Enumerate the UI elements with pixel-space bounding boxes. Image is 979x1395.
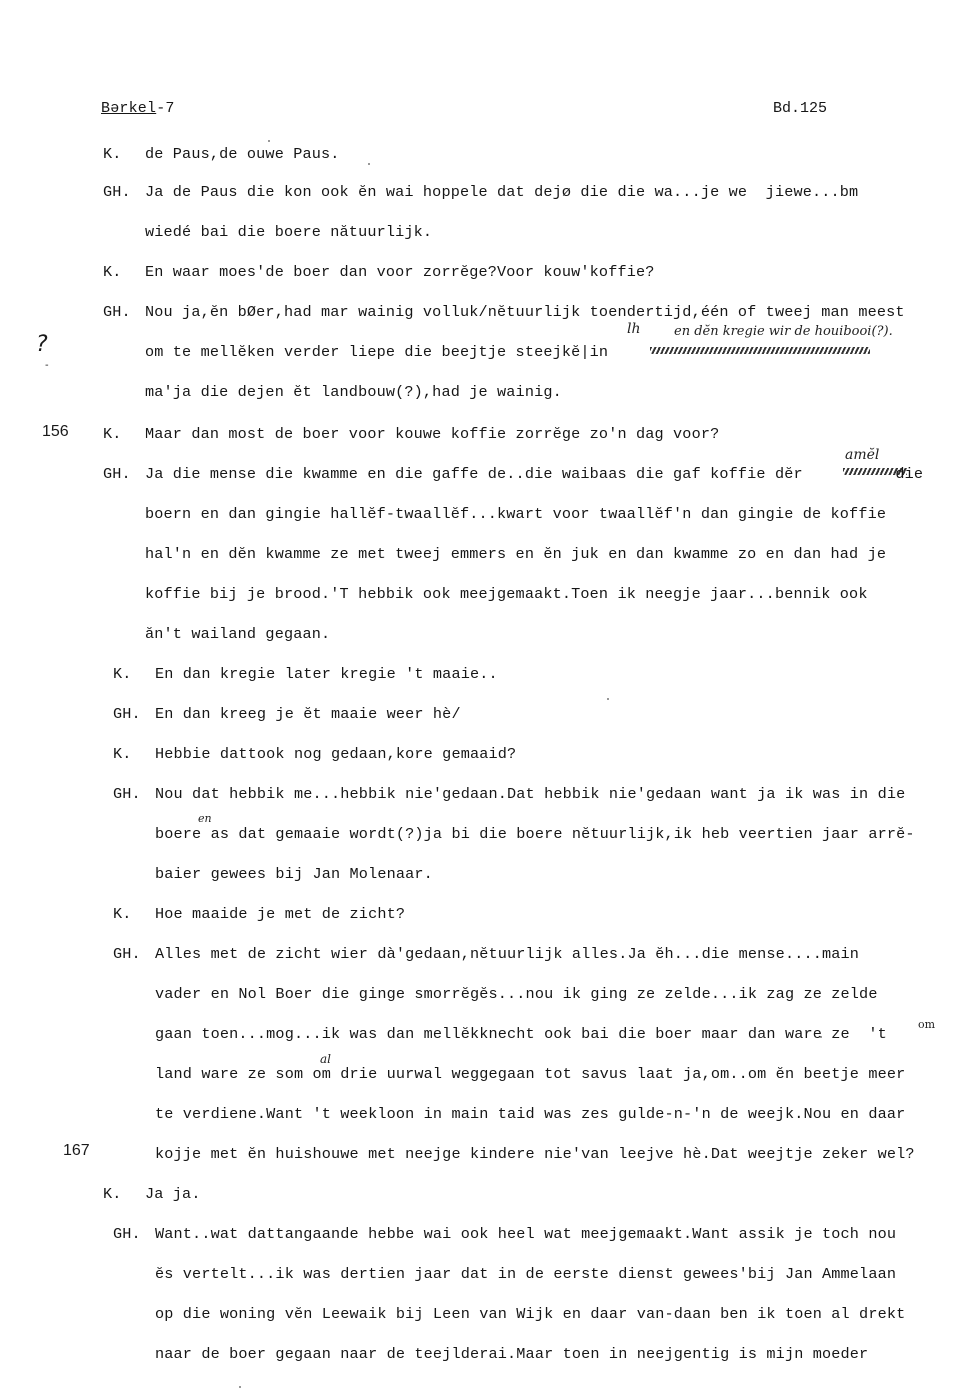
line-text: ma'ja die dejen ĕt landbouw(?),had je wa… (145, 383, 562, 401)
line-text: ĕs vertelt...ik was dertien jaar dat in … (155, 1265, 896, 1283)
transcript-line: gaan toen...mog...ik was dan mellĕkknech… (155, 1025, 887, 1043)
line-text: de Paus,de ouwe Paus. (145, 145, 340, 163)
handwritten-note-houibooi: en dĕn kregie wir de houibooi(?). (674, 324, 893, 339)
transcript-line: te verdiene.Want 't weekloon in main tai… (155, 1105, 905, 1123)
speaker-label: K. (103, 1185, 145, 1203)
transcript-line: vader en Nol Boer die ginge smorrĕgĕs...… (155, 985, 878, 1003)
transcript-line: ma'ja die dejen ĕt landbouw(?),had je wa… (145, 383, 562, 401)
crossed-out-text (650, 347, 870, 354)
transcript-line: boere as dat gemaaie wordt(?)ja bi die b… (155, 825, 915, 843)
line-text: boere as dat gemaaie wordt(?)ja bi die b… (155, 825, 915, 843)
line-text: Nou ja,ĕn bØer,had mar wainig volluk/nĕt… (145, 303, 905, 321)
transcript-line: K.Maar dan most de boer voor kouwe koffi… (103, 425, 719, 443)
transcript-line: GH.Ja die mense die kwamme en die gaffe … (103, 465, 923, 483)
line-text: vader en Nol Boer die ginge smorrĕgĕs...… (155, 985, 878, 1003)
transcript-line: om te mellĕken verder liepe die beejtje … (145, 343, 608, 361)
line-text: En dan kreeg je ĕt maaie weer hè/ (155, 705, 461, 723)
handwritten-note-lh: lh (627, 321, 641, 337)
page-reference: Bd.125 (773, 100, 827, 117)
crossed-out-word (843, 468, 907, 475)
title-underlined: Bərkel (101, 100, 156, 117)
line-text: ăn't wailand gegaan. (145, 625, 330, 643)
transcript-line: op die woning vĕn Leewaik bij Leen van W… (155, 1305, 905, 1323)
transcript-line: naar de boer gegaan naar de teejlderai.M… (155, 1345, 868, 1363)
line-text: wiedé bai die boere nătuurlijk. (145, 223, 432, 241)
speaker-label: K. (103, 145, 145, 163)
document-page: Bərkel-7 Bd.125 ? - 156 167 K.de Paus,de… (0, 0, 979, 1395)
transcript-line: koffie bij je brood.'T hebbik ook meejge… (145, 585, 868, 603)
transcript-line: ĕs vertelt...ik was dertien jaar dat in … (155, 1265, 896, 1283)
line-text: Ja ja. (145, 1185, 201, 1203)
handwritten-note-amel: amĕl (845, 447, 879, 463)
transcript-line: land ware ze som om drie uurwal weggegaa… (155, 1065, 905, 1083)
speaker-label: K. (103, 263, 145, 281)
speaker-label: GH. (103, 303, 145, 321)
transcript-line: GH.Ja de Paus die kon ook ĕn wai hoppele… (103, 183, 858, 201)
line-text: baier gewees bij Jan Molenaar. (155, 865, 433, 883)
margin-question-mark: ? (36, 332, 48, 357)
margin-line-number-156: 156 (42, 423, 69, 441)
title-suffix: -7 (156, 100, 174, 117)
line-text: land ware ze som om drie uurwal weggegaa… (155, 1065, 905, 1083)
speaker-label: GH. (113, 945, 155, 963)
transcript-line: GH.En dan kreeg je ĕt maaie weer hè/ (113, 705, 461, 723)
transcript-line: K.Ja ja. (103, 1185, 201, 1203)
speaker-label: K. (113, 665, 155, 683)
transcript-line: K.En waar moes'de boer dan voor zorrĕge?… (103, 263, 655, 281)
line-text: Maar dan most de boer voor kouwe koffie … (145, 425, 719, 443)
transcript-line: GH.Nou ja,ĕn bØer,had mar wainig volluk/… (103, 303, 905, 321)
transcript-line: GH.Nou dat hebbik me...hebbik nie'gedaan… (113, 785, 905, 803)
transcript-line: K.En dan kregie later kregie 't maaie.. (113, 665, 498, 683)
speaker-label: K. (113, 745, 155, 763)
line-text: naar de boer gegaan naar de teejlderai.M… (155, 1345, 868, 1363)
line-text: gaan toen...mog...ik was dan mellĕkknech… (155, 1025, 887, 1043)
speaker-label: K. (113, 905, 155, 923)
transcript-line: kojje met ĕn huishouwe met neejge kinder… (155, 1145, 915, 1163)
line-text: op die woning vĕn Leewaik bij Leen van W… (155, 1305, 905, 1323)
margin-dash: - (45, 360, 49, 371)
scan-speck (820, 1036, 822, 1038)
transcript-line: GH.Want..wat dattangaande hebbe wai ook … (113, 1225, 896, 1243)
speaker-label: GH. (113, 1225, 155, 1243)
speaker-label: GH. (113, 705, 155, 723)
transcript-line: K.Hoe maaide je met de zicht? (113, 905, 405, 923)
scan-speck (368, 163, 370, 165)
scan-speck (268, 140, 270, 142)
margin-line-number-167: 167 (63, 1142, 90, 1160)
line-text: En dan kregie later kregie 't maaie.. (155, 665, 498, 683)
line-text: Ja die mense die kwamme en die gaffe de.… (145, 465, 923, 483)
line-text: En waar moes'de boer dan voor zorrĕge?Vo… (145, 263, 655, 281)
transcript-line: ăn't wailand gegaan. (145, 625, 330, 643)
line-text: Want..wat dattangaande hebbe wai ook hee… (155, 1225, 896, 1243)
document-title: Bərkel-7 (101, 100, 175, 117)
line-text: boern en dan gingie hallĕf-twaallĕf...kw… (145, 505, 886, 523)
transcript-line: K.Hebbie dattook nog gedaan,kore gemaaid… (113, 745, 516, 763)
handwritten-note-en: en (198, 812, 212, 825)
line-text: Hoe maaide je met de zicht? (155, 905, 405, 923)
scan-speck (239, 1386, 241, 1388)
speaker-label: K. (103, 425, 145, 443)
speaker-label: GH. (103, 183, 145, 201)
line-text: Hebbie dattook nog gedaan,kore gemaaid? (155, 745, 516, 763)
transcript-line: K.de Paus,de ouwe Paus. (103, 145, 340, 163)
transcript-line: GH.Alles met de zicht wier dà'gedaan,nĕt… (113, 945, 859, 963)
line-text: om te mellĕken verder liepe die beejtje … (145, 343, 608, 361)
scan-speck (607, 698, 609, 700)
line-text: kojje met ĕn huishouwe met neejge kinder… (155, 1145, 915, 1163)
handwritten-note-al: al (320, 1052, 331, 1066)
handwritten-note-om: om (918, 1018, 935, 1031)
line-text: te verdiene.Want 't weekloon in main tai… (155, 1105, 905, 1123)
transcript-line: wiedé bai die boere nătuurlijk. (145, 223, 432, 241)
transcript-line: boern en dan gingie hallĕf-twaallĕf...kw… (145, 505, 886, 523)
speaker-label: GH. (113, 785, 155, 803)
line-text: Alles met de zicht wier dà'gedaan,nĕtuur… (155, 945, 859, 963)
line-text: Nou dat hebbik me...hebbik nie'gedaan.Da… (155, 785, 905, 803)
speaker-label: GH. (103, 465, 145, 483)
line-text: hal'n en dĕn kwamme ze met tweej emmers … (145, 545, 886, 563)
transcript-line: hal'n en dĕn kwamme ze met tweej emmers … (145, 545, 886, 563)
line-text: koffie bij je brood.'T hebbik ook meejge… (145, 585, 868, 603)
line-text: Ja de Paus die kon ook ĕn wai hoppele da… (145, 183, 858, 201)
transcript-line: baier gewees bij Jan Molenaar. (155, 865, 433, 883)
